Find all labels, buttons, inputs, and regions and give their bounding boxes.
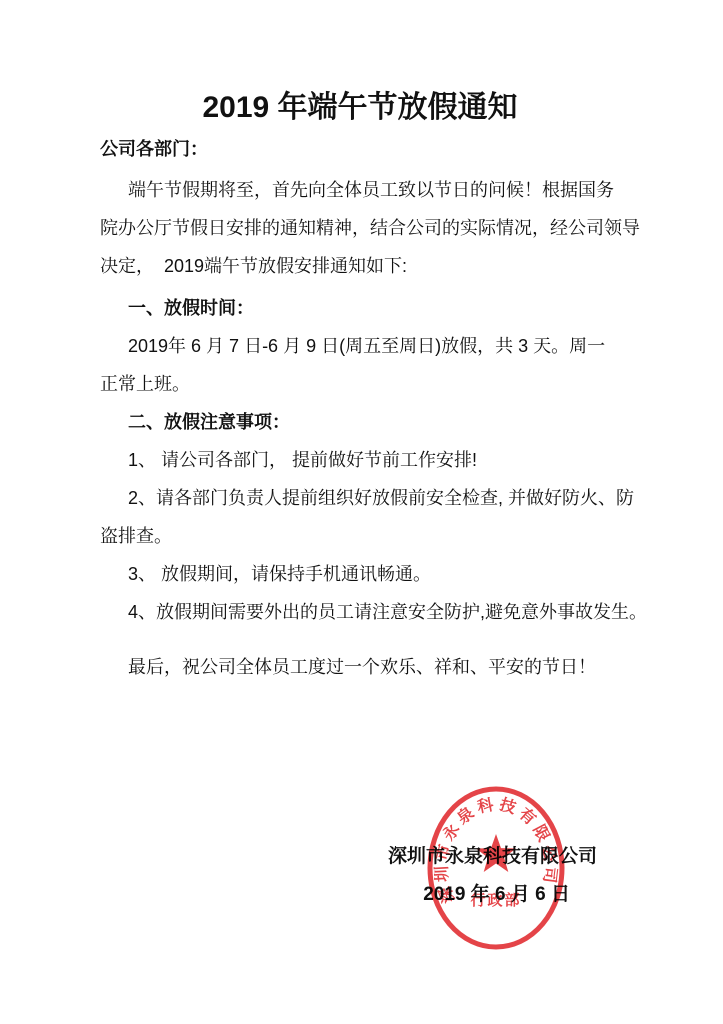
salutation: 公司各部门：	[100, 130, 620, 168]
notice-item-4: 4、放假期间需要外出的员工请注意安全防护,避免意外事故发生。	[100, 593, 620, 631]
intro-line-1: 端午节假期将至，首先向全体员工致以节日的问候！根据国务	[100, 171, 620, 209]
section2-heading: 二、放假注意事项：	[100, 403, 620, 441]
intro-line-3: 决定， 2019端午节放假安排通知如下:	[100, 247, 620, 285]
notice-item-3: 3、 放假期间，请保持手机通讯畅通。	[100, 555, 620, 593]
page-title: 2019 年端午节放假通知	[100, 88, 620, 128]
notice-document: 2019 年端午节放假通知 公司各部门： 端午节假期将至，首先向全体员工致以节日…	[0, 88, 723, 914]
closing-wish: 最后，祝公司全体员工度过一个欢乐、祥和、平安的节日！	[100, 648, 620, 686]
notice-item-1: 1、 请公司各部门， 提前做好节前工作安排!	[100, 441, 620, 479]
notice-item-2: 2、请各部门负责人提前组织好放假前安全检查, 并做好防火、防	[100, 479, 620, 517]
section1-heading: 一、放假时间：	[100, 289, 620, 327]
seal-star-icon	[476, 834, 516, 872]
intro-line-2: 院办公厅节假日安排的通知精神，结合公司的实际情况，经公司领导	[100, 209, 620, 247]
seal-department: 行政部	[470, 891, 521, 909]
notice-item-2-continuation: 盗排查。	[100, 517, 620, 555]
company-seal: 深圳市永泉科技有限公司 行政部	[421, 783, 571, 953]
holiday-dates-line: 2019年 6 月 7 日-6 月 9 日(周五至周日)放假，共 3 天。周一	[100, 327, 620, 365]
holiday-dates-continuation: 正常上班。	[100, 365, 620, 403]
notice-page: 2019 年端午节放假通知 公司各部门： 端午节假期将至，首先向全体员工致以节日…	[0, 0, 723, 1024]
